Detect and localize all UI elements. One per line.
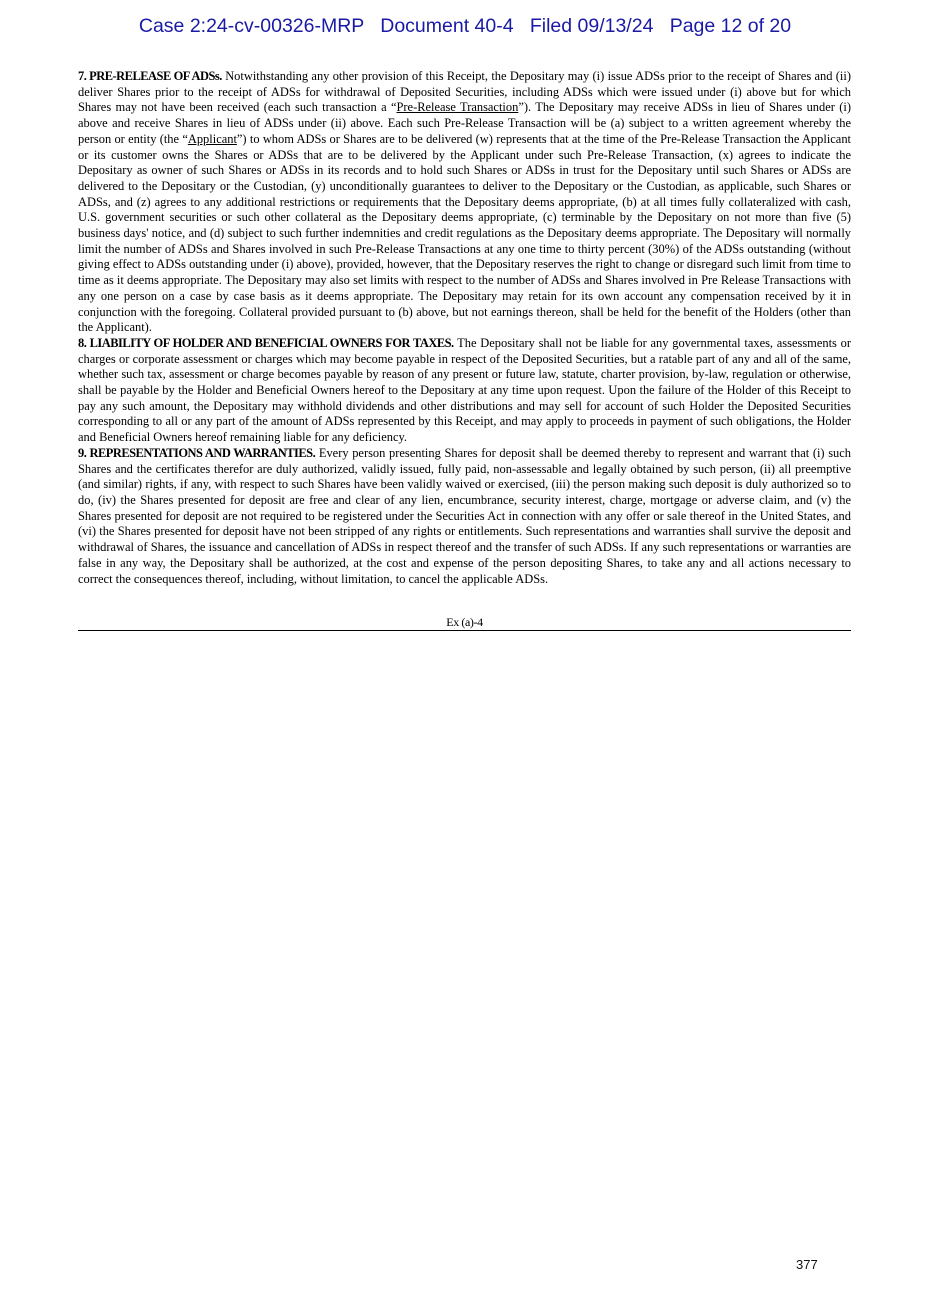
document-number: Document 40-4 [380,15,513,37]
section-8-tax-liability: 8. LIABILITY OF HOLDER AND BENEFICIAL OW… [78,336,851,446]
section-text: Every person presenting Shares for depos… [78,446,851,586]
section-heading: 9. REPRESENTATIONS AND WARRANTIES. [78,446,315,460]
page-indicator: Page 12 of 20 [670,15,791,37]
document-body: 7. PRE-RELEASE OF ADSs. Notwithstanding … [78,69,851,587]
section-7-pre-release: 7. PRE-RELEASE OF ADSs. Notwithstanding … [78,69,851,336]
exhibit-label: Ex (a)-4 [78,615,851,630]
filed-date: Filed 09/13/24 [530,15,654,37]
case-number: Case 2:24-cv-00326-MRP [139,15,364,37]
section-9-representations: 9. REPRESENTATIONS AND WARRANTIES. Every… [78,446,851,587]
defined-term-pre-release-transaction: Pre-Release Transaction [397,100,519,114]
court-filing-stamp: Case 2:24-cv-00326-MRP Document 40-4 Fil… [0,15,930,38]
section-text: The Depositary shall not be liable for a… [78,336,851,444]
section-heading: 8. LIABILITY OF HOLDER AND BENEFICIAL OW… [78,336,454,350]
page-number: 377 [796,1257,818,1272]
section-heading: 7. PRE-RELEASE OF ADSs. [78,69,222,83]
footer-divider [78,630,851,631]
section-text: ”) to whom ADSs or Shares are to be deli… [78,132,851,334]
defined-term-applicant: Applicant [188,132,237,146]
